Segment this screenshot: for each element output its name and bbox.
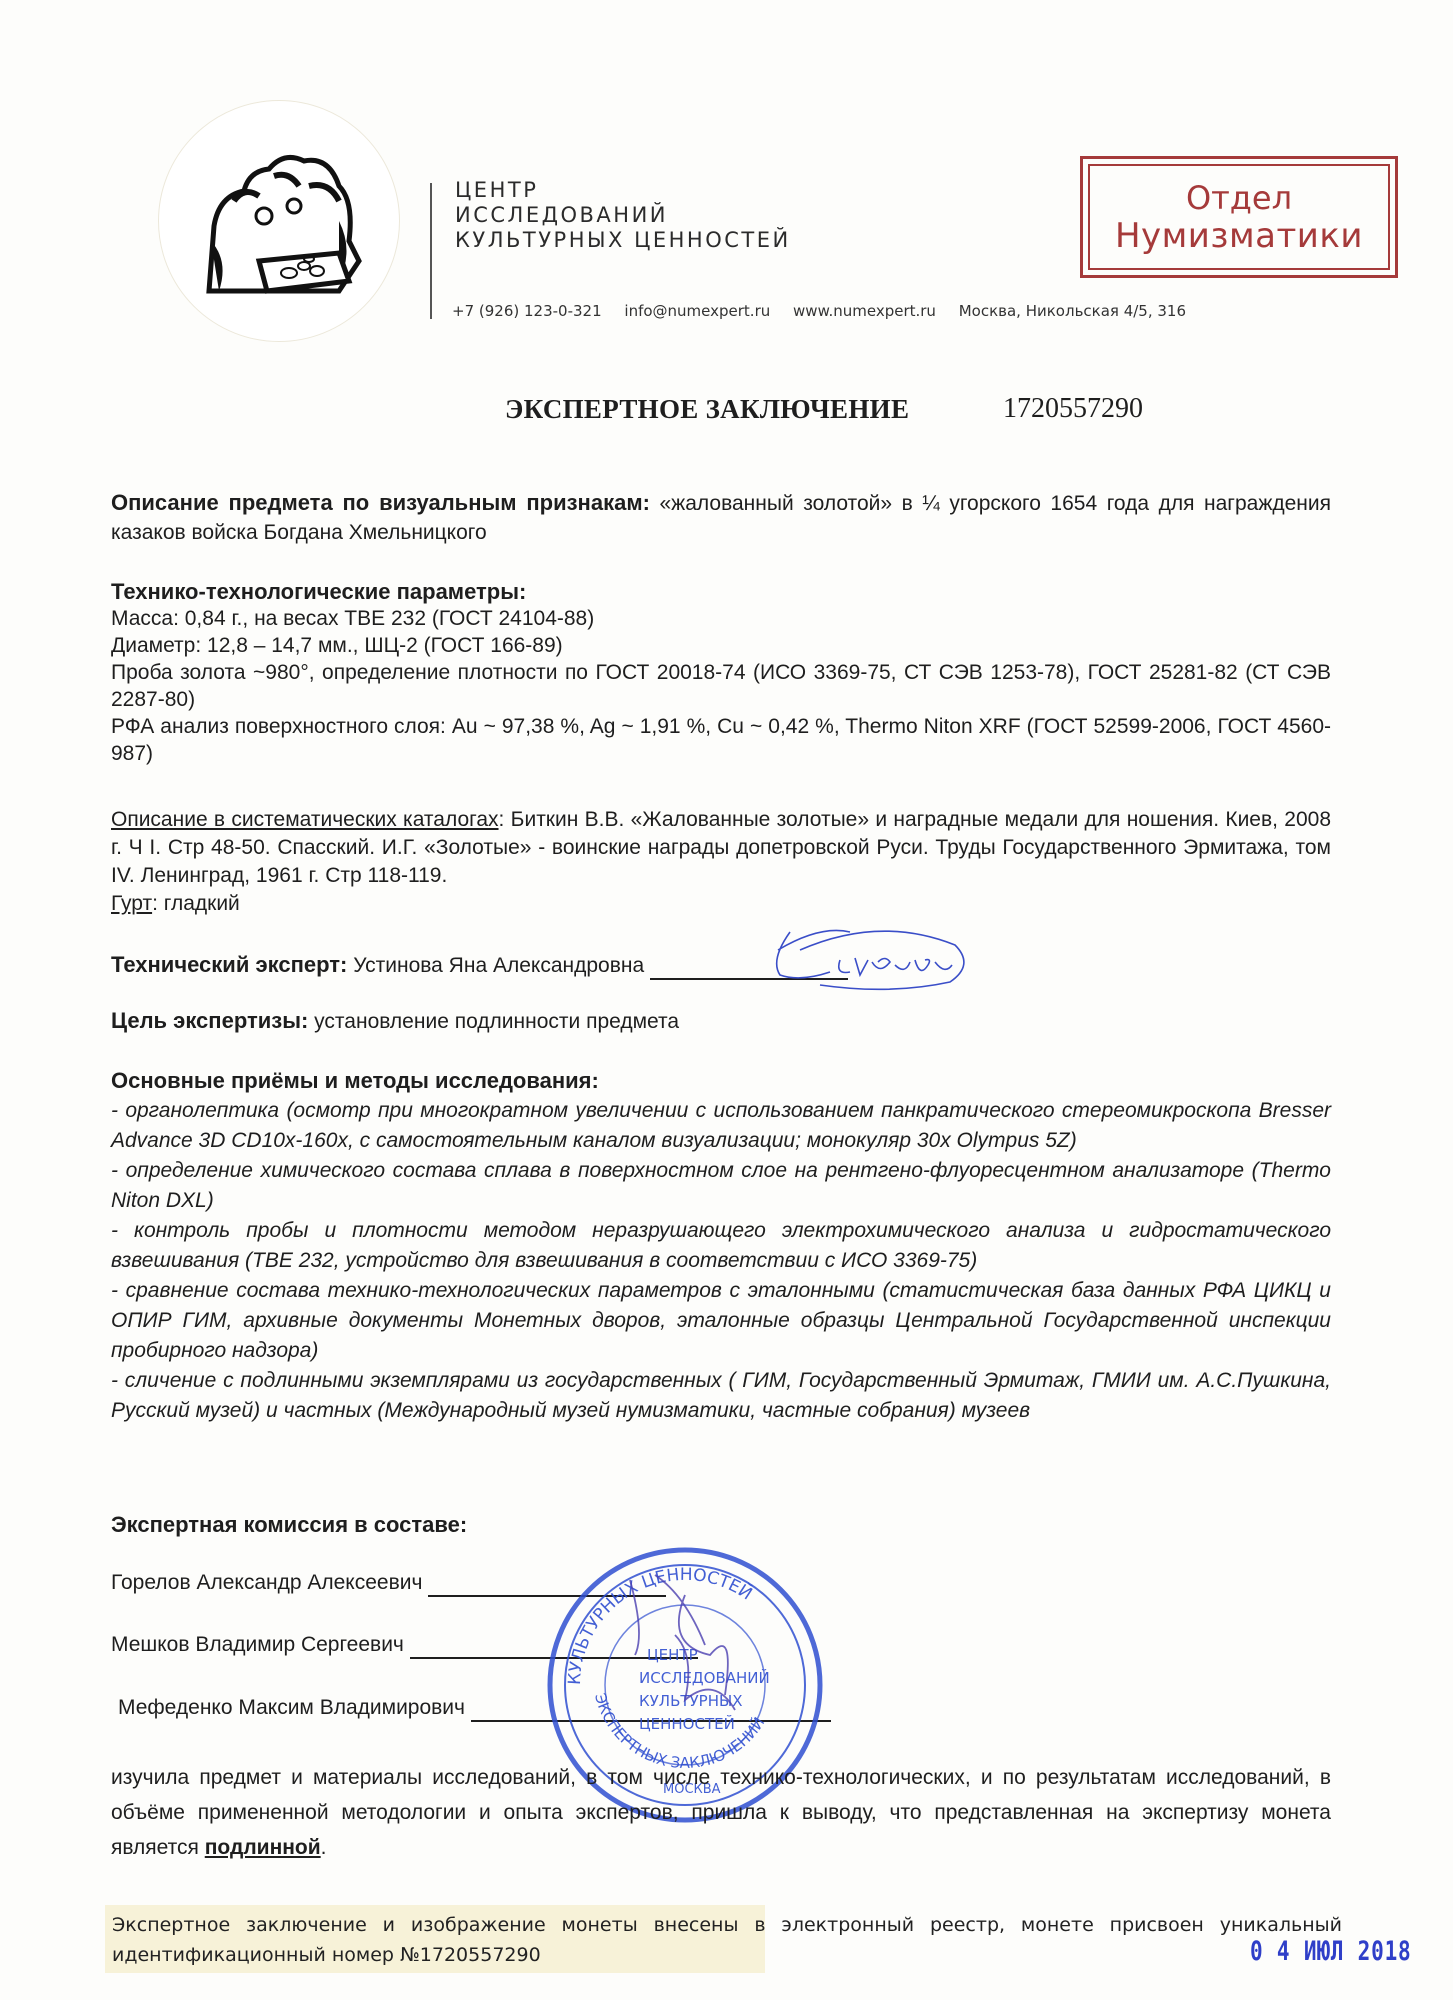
registry-line: идентификационный номер №1720557290	[112, 1940, 1342, 1970]
section-label: Описание предмета по визуальным признака…	[111, 490, 650, 515]
registry-line: Экспертное заключение и изображение моне…	[112, 1910, 1342, 1940]
catalog-description: Описание в систематических каталогах: Би…	[111, 806, 1331, 918]
stamp-line: Отдел	[1186, 179, 1292, 217]
phone[interactable]: +7 (926) 123-0-321	[452, 302, 602, 320]
address: Москва, Никольская 4/5, 316	[959, 302, 1186, 320]
department-stamp: Отдел Нумизматики	[1080, 156, 1398, 278]
param-line: Масса: 0,84 г., на весах ТВЕ 232 (ГОСТ 2…	[111, 605, 1331, 632]
conclusion-end: .	[321, 1836, 327, 1859]
document-number: 1720557290	[1003, 393, 1143, 425]
org-name-line: ИССЛЕДОВАНИЙ	[455, 203, 791, 228]
param-line: Проба золота ~980°, определение плотност…	[111, 659, 1331, 713]
contact-line: +7 (926) 123-0-321 info@numexpert.ru www…	[452, 302, 1204, 320]
seal-center-line: ЦЕННОСТЕЙ	[639, 1714, 735, 1733]
date-stamp: 0 4 ИЮЛ 2018	[1250, 1936, 1412, 1967]
edge-label: Гурт	[111, 892, 152, 915]
org-name: ЦЕНТР ИССЛЕДОВАНИЙ КУЛЬТУРНЫХ ЦЕННОСТЕЙ	[455, 178, 791, 253]
email-link[interactable]: info@numexpert.ru	[624, 302, 770, 320]
purpose-text: установление подлинности предмета	[314, 1010, 679, 1033]
org-name-line: ЦЕНТР	[455, 178, 791, 203]
conclusion: изучила предмет и материалы исследований…	[111, 1760, 1331, 1865]
section-label: Технический эксперт:	[111, 952, 347, 977]
website-link[interactable]: www.numexpert.ru	[793, 302, 936, 320]
registry-note: Экспертное заключение и изображение моне…	[112, 1910, 1342, 1970]
method-item: - органолептика (осмотр при многократном…	[111, 1096, 1331, 1156]
verdict: подлинной	[205, 1836, 321, 1859]
section-label: Цель экспертизы:	[111, 1008, 308, 1033]
org-name-line: КУЛЬТУРНЫХ ЦЕННОСТЕЙ	[455, 228, 791, 253]
edge-value: : гладкий	[152, 892, 240, 915]
section-label: Экспертная комиссия в составе:	[111, 1512, 467, 1537]
member-name: Мефеденко Максим Владимирович	[118, 1696, 465, 1719]
seal-center-line: ИССЛЕДОВАНИЙ	[639, 1668, 770, 1687]
section-label: Основные приёмы и методы исследования:	[111, 1066, 1331, 1096]
numismatists-logo-icon	[189, 141, 369, 301]
document-title: ЭКСПЕРТНОЕ ЗАКЛЮЧЕНИЕ	[505, 394, 909, 425]
method-item: - контроль пробы и плотности методом нер…	[111, 1216, 1331, 1276]
org-logo	[158, 100, 400, 342]
method-item: - сличение с подлинными экземплярами из …	[111, 1366, 1331, 1426]
tech-params: Технико-технологические параметры: Масса…	[111, 578, 1331, 767]
item-description: Описание предмета по визуальным признака…	[111, 488, 1331, 547]
member-name: Горелов Александр Алексеевич	[111, 1571, 422, 1594]
header-divider	[430, 183, 432, 319]
section-label: Описание в систематических каталогах	[111, 808, 499, 831]
param-line: РФА анализ поверхностного слоя: Au ~ 97,…	[111, 713, 1331, 767]
expert-signature-icon	[760, 920, 980, 1000]
expert-name: Устинова Яна Александровна	[353, 954, 644, 977]
param-line: Диаметр: 12,8 – 14,7 мм., ШЦ-2 (ГОСТ 166…	[111, 632, 1331, 659]
technical-expert: Технический эксперт: Устинова Яна Алекса…	[111, 950, 1331, 980]
methods: Основные приёмы и методы исследования: -…	[111, 1066, 1331, 1426]
member-name: Мешков Владимир Сергеевич	[111, 1633, 404, 1656]
method-item: - сравнение состава технико-технологичес…	[111, 1276, 1331, 1366]
section-label: Технико-технологические параметры:	[111, 578, 1331, 605]
purpose: Цель экспертизы: установление подлинност…	[111, 1006, 1331, 1036]
method-item: - определение химического состава сплава…	[111, 1156, 1331, 1216]
seal-center-line: ЦЕНТР	[647, 1646, 698, 1664]
stamp-line: Нумизматики	[1115, 217, 1363, 255]
